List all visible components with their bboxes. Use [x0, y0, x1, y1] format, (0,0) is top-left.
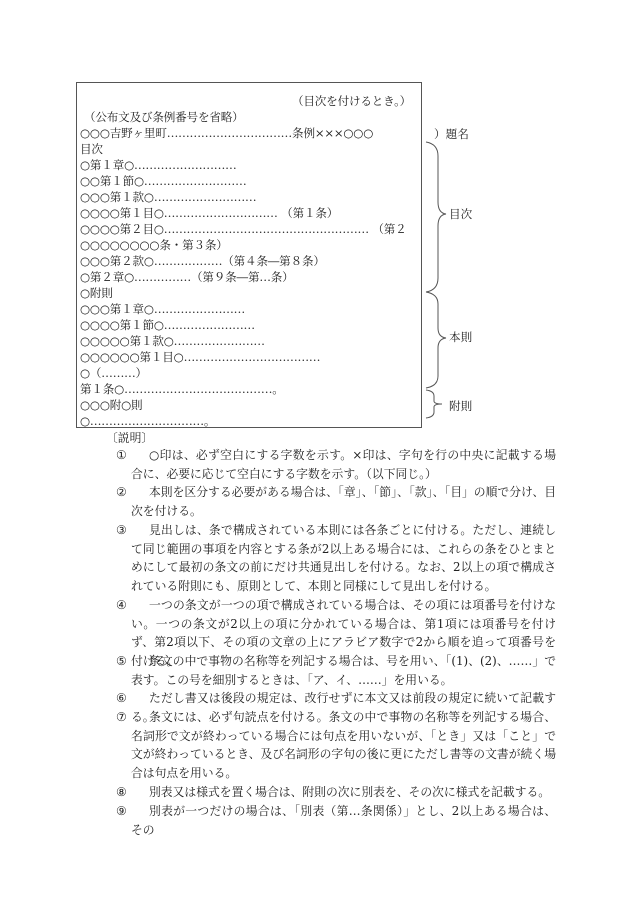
header-note: （目次を付けるとき。） [292, 94, 411, 108]
supp-brace-icon [426, 390, 450, 418]
explanation-item: ⑦ 条文には、必ず句読点を付ける。条文の中で事物の名称等を列記する場合、名詞形で… [116, 708, 556, 783]
toc-line: ○○○第２款○………………（第４条―第８条） [80, 254, 325, 268]
body-line: ○○○○第１節○…………………… [80, 318, 255, 332]
item-text: 別表又は様式を置く場合は、附則の次に別表を、その次に様式を記載する。 [116, 783, 556, 802]
item-number: ⑤ [116, 652, 127, 671]
item-text: ○印は、必ず空白にする字数を示す。×印は、字句を行の中央に記載する場合に、必要に… [116, 446, 556, 483]
toc-line: ○第２章○……………（第９条―第…条） [80, 270, 294, 284]
explanation-item: ⑨ 別表が一つだけの場合は、「別表（第…条関係）」とし、2以上ある場合は、その [116, 802, 556, 839]
explanation-item: ⑤ 条文の中で事物の名称等を列記する場合は、号を用い、「(1)、(2)、……」で… [116, 652, 556, 689]
toc-brace-icon [426, 142, 450, 292]
item-number: ② [116, 483, 127, 502]
toc-label: 目次 [80, 142, 103, 156]
side-label-supp: 附則 [449, 399, 472, 413]
toc-line: ○○○○第１目○………………………… （第１条） [80, 206, 338, 220]
side-label-toc: 目次 [449, 207, 472, 221]
toc-line: ○○第１節○……………………… [80, 174, 246, 188]
item-text: 本則を区分する必要がある場合は、「章」、「節」、「款」、「目」の順で分け、目次を… [116, 483, 556, 520]
item-number: ③ [116, 521, 127, 540]
item-number: ④ [116, 596, 127, 615]
explanation-title: 〔説明〕 [106, 430, 153, 446]
item-number: ① [116, 446, 127, 465]
item-number: ⑨ [116, 802, 127, 821]
title-line: ○○○吉野ヶ里町……………………………条例×××○○○ [80, 126, 373, 140]
item-text: 条文の中で事物の名称等を列記する場合は、号を用い、「(1)、(2)、……」で表す… [116, 652, 556, 689]
explanation-item: ① ○印は、必ず空白にする字数を示す。×印は、字句を行の中央に記載する場合に、必… [116, 446, 556, 483]
supp-line: ○○○附○則 [80, 398, 142, 412]
body-line: ○（………） [80, 366, 147, 380]
side-label-main: 本則 [449, 330, 472, 344]
toc-line: ○○○○○○○○条・第３条） [80, 238, 228, 252]
explanation-item: ② 本則を区分する必要がある場合は、「章」、「節」、「款」、「目」の順で分け、目… [116, 483, 556, 520]
body-line: ○○○第１章○…………………… [80, 302, 245, 316]
explanation-item: ③ 見出しは、条で構成されている本則には各条ごとに付ける。ただし、連続して同じ範… [116, 521, 556, 596]
main-brace-icon [426, 292, 450, 388]
toc-line: ○○○○第２目○……………………………………………… （第２ [80, 222, 407, 236]
toc-line: ○○○第１款○……………………… [80, 190, 256, 204]
explanation-item: ⑧ 別表又は様式を置く場合は、附則の次に別表を、その次に様式を記載する。 [116, 783, 556, 802]
side-label-title: ）題名 [434, 127, 469, 141]
body-line: ○○○○○第１款○…………………… [80, 334, 265, 348]
supp-line: ○…………………………。 [80, 414, 215, 428]
item-number: ⑦ [116, 708, 127, 727]
body-line: ○○○○○○第１目○……………………………… [80, 350, 320, 364]
item-number: ⑧ [116, 783, 127, 802]
toc-line: ○附則 [80, 286, 113, 300]
item-text: 別表が一つだけの場合は、「別表（第…条関係）」とし、2以上ある場合は、その [116, 802, 556, 839]
item-text: 条文には、必ず句読点を付ける。条文の中で事物の名称等を列記する場合、名詞形で文が… [116, 708, 556, 783]
toc-line: ○第１章○……………………… [80, 158, 237, 172]
body-line: 第１条○…………………………………。 [80, 382, 284, 396]
omit-note: （公布文及び条例番号を省略） [84, 110, 244, 124]
item-number: ⑥ [116, 689, 127, 708]
item-text: 見出しは、条で構成されている本則には各条ごとに付ける。ただし、連続して同じ範囲の… [116, 521, 556, 596]
